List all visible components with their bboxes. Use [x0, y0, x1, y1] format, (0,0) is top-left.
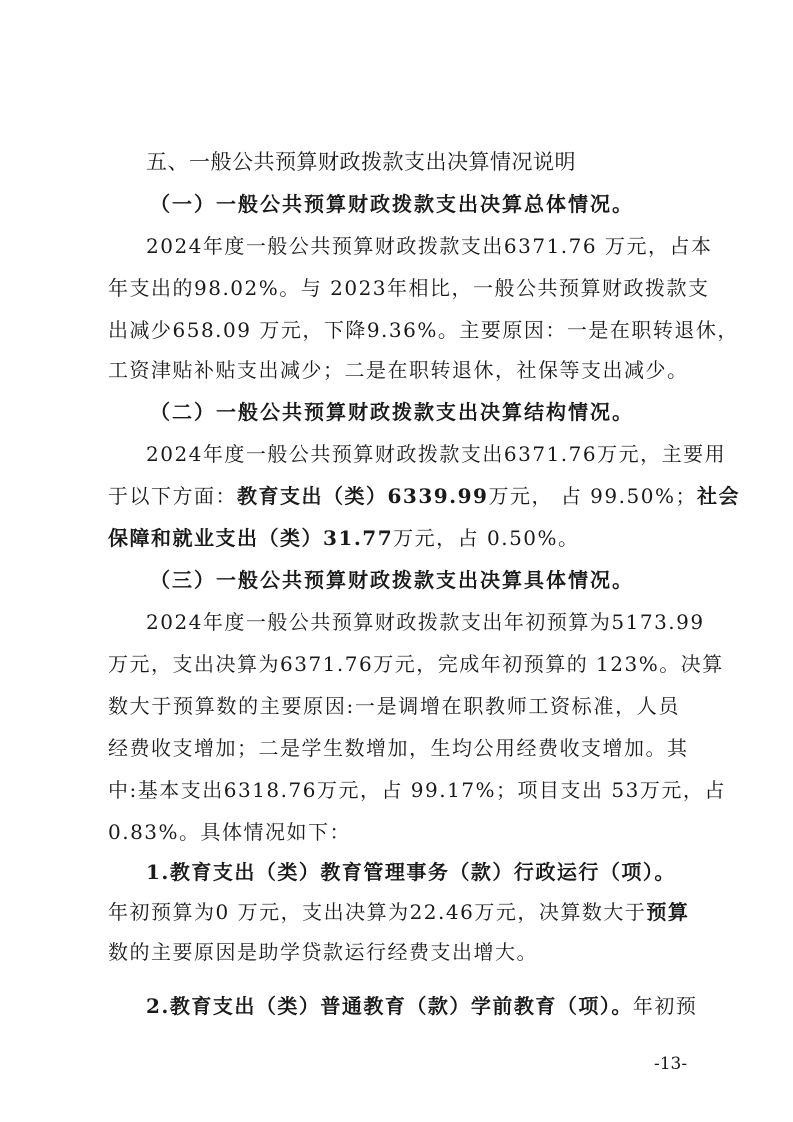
document-page: 五、一般公共预算财政拨款支出决算情况说明 （一）一般公共预算财政拨款支出决算总体… — [0, 0, 793, 1122]
item-heading-2: 2.教育支出（类）普通教育（款）学前教育（项）。年初预 — [146, 994, 726, 1018]
section-title: 五、一般公共预算财政拨款支出决算情况说明 — [146, 150, 726, 174]
text-run: 年初预 — [633, 994, 698, 1018]
paragraph-line: 数的主要原因是助学贷款运行经费支出增大。 — [108, 940, 688, 964]
paragraph-line: 于以下方面：教育支出（类）6339.99万元， 占 99.50%；社会 — [108, 484, 688, 508]
bold-text-run: 教育支出（类）6339.99 — [237, 484, 488, 508]
page-number: -13- — [654, 1054, 687, 1074]
bold-text-run: 预算 — [646, 900, 689, 924]
text-run: 于以下方面： — [108, 484, 237, 508]
item-heading-1: 1.教育支出（类）教育管理事务（款）行政运行（项）。 — [146, 860, 726, 884]
bold-text-run: 社会 — [697, 484, 740, 508]
bold-text-run: 2.教育支出（类）普通教育（款）学前教育（项）。 — [146, 994, 633, 1018]
paragraph-line: 0.83%。具体情况如下： — [108, 820, 688, 844]
paragraph-line: 年初预算为0 万元，支出决算为22.46万元，决算数大于预算 — [108, 900, 688, 924]
subsection-heading-1: （一）一般公共预算财政拨款支出决算总体情况。 — [150, 192, 730, 216]
paragraph-line: 保障和就业支出（类）31.77万元，占 0.50%。 — [108, 526, 688, 550]
paragraph-line: 2024年度一般公共预算财政拨款支出6371.76万元，主要用 — [146, 442, 726, 466]
paragraph-line: 出减少658.09 万元，下降9.36%。主要原因：一是在职转退休， — [108, 318, 680, 342]
text-run: 万元，占 0.50%。 — [393, 526, 579, 550]
paragraph-line: 2024年度一般公共预算财政拨款支出年初预算为5173.99 — [146, 610, 726, 634]
paragraph-line: 数大于预算数的主要原因:一是调增在职教师工资标准，人员 — [108, 694, 680, 718]
text-run: 年初预算为0 万元，支出决算为22.46万元，决算数大于 — [108, 900, 646, 924]
paragraph-line: 工资津贴补贴支出减少；二是在职转退休，社保等支出减少。 — [108, 358, 688, 382]
paragraph-line: 经费收支增加；二是学生数增加，生均公用经费收支增加。其 — [108, 736, 680, 760]
paragraph-line: 年支出的98.02%。与 2023年相比，一般公共预算财政拨款支 — [108, 276, 680, 300]
bold-text-run: 保障和就业支出（类）31.77 — [108, 526, 393, 550]
text-run: 万元， 占 99.50%； — [488, 484, 696, 508]
paragraph-line: 中:基本支出6318.76万元，占 99.17%；项目支出 53万元，占 — [108, 778, 680, 802]
paragraph-line: 万元，支出决算为6371.76万元，完成年初预算的 123%。决算 — [108, 652, 680, 676]
paragraph-line: 2024年度一般公共预算财政拨款支出6371.76 万元，占本 — [146, 234, 726, 258]
subsection-heading-2: （二）一般公共预算财政拨款支出决算结构情况。 — [150, 400, 730, 424]
subsection-heading-3: （三）一般公共预算财政拨款支出决算具体情况。 — [150, 568, 730, 592]
